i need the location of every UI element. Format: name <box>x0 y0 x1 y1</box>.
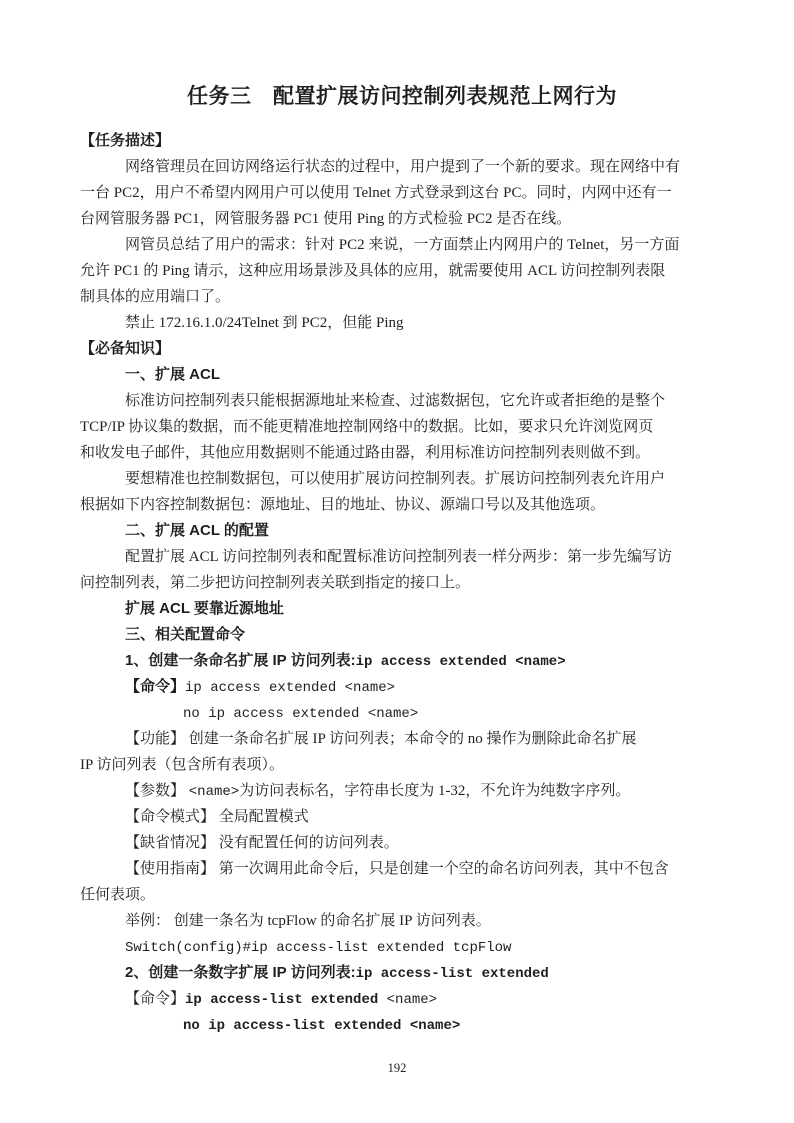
text-segment: no ip access-list extended <name> <box>183 1018 460 1034</box>
document-lines: 【任务描述】网络管理员在回访网络运行状态的过程中，用户提到了一个新的要求。现在网… <box>80 128 724 1038</box>
text-line: 根据如下内容控制数据包：源地址、目的地址、协议、源端口号以及其他选项。 <box>80 492 724 518</box>
text-segment: 扩展 ACL 要靠近源地址 <box>125 600 284 617</box>
text-line: Switch(config)#ip access-list extended t… <box>80 934 724 960</box>
text-line: 【使用指南】 第一次调用此命令后，只是创建一个空的命名访问列表，其中不包含 <box>80 856 724 882</box>
text-line: 三、相关配置命令 <box>80 622 724 648</box>
text-line: 允许 PC1 的 Ping 请示，这种应用场景涉及具体的应用，就需要使用 ACL… <box>80 258 724 284</box>
document-page: 任务三 配置扩展访问控制列表规范上网行为 【任务描述】网络管理员在回访网络运行状… <box>0 0 794 1123</box>
text-segment: 2、创建一条数字扩展 IP 访问列表: <box>125 964 356 981</box>
text-segment: 为访问表标名，字符串长度为 1-32，不允许为纯数字序列。 <box>239 783 630 799</box>
text-line: no ip access extended <name> <box>80 700 724 726</box>
text-line: TCP/IP 协议集的数据，而不能更精准地控制网络中的数据。比如，要求只允许浏览… <box>80 414 724 440</box>
text-segment: 标准访问控制列表只能根据源地址来检查、过滤数据包，它允许或者拒绝的是整个 <box>125 393 665 409</box>
text-line: 标准访问控制列表只能根据源地址来检查、过滤数据包，它允许或者拒绝的是整个 <box>80 388 724 414</box>
text-segment: 三、相关配置命令 <box>125 626 245 643</box>
text-line: 网管员总结了用户的需求：针对 PC2 来说，一方面禁止内网用户的 Telnet，… <box>80 232 724 258</box>
text-segment: 举例： 创建一条名为 tcpFlow 的命名扩展 IP 访问列表。 <box>125 913 491 929</box>
text-segment: 根据如下内容控制数据包：源地址、目的地址、协议、源端口号以及其他选项。 <box>80 497 605 513</box>
text-segment: 【使用指南】 第一次调用此命令后，只是创建一个空的命名访问列表，其中不包含 <box>125 861 669 877</box>
text-segment: Switch(config)#ip access-list extended t… <box>125 940 511 956</box>
text-segment: 允许 PC1 的 Ping 请示，这种应用场景涉及具体的应用，就需要使用 ACL… <box>80 263 665 279</box>
text-segment: 【缺省情况】 没有配置任何的访问列表。 <box>125 835 399 851</box>
text-segment: 任何表项。 <box>80 887 155 903</box>
text-segment: 台网管服务器 PC1，网管服务器 PC1 使用 Ping 的方式检验 PC2 是… <box>80 211 571 227</box>
text-segment: 【必备知识】 <box>80 340 170 357</box>
text-line: 【命令】ip access-list extended <name> <box>80 986 724 1012</box>
text-segment: 网管员总结了用户的需求：针对 PC2 来说，一方面禁止内网用户的 Telnet，… <box>125 237 679 253</box>
document-content: 任务三 配置扩展访问控制列表规范上网行为 【任务描述】网络管理员在回访网络运行状… <box>0 0 794 1038</box>
text-line: 问控制列表，第二步把访问控制列表关联到指定的接口上。 <box>80 570 724 596</box>
text-segment: 【命令模式】 全局配置模式 <box>125 809 309 825</box>
text-segment: ip access extended <name> <box>356 654 566 670</box>
text-segment: no ip access extended <name> <box>183 706 418 722</box>
text-line: 【任务描述】 <box>80 128 724 154</box>
text-segment: ip access-list extended <box>185 992 378 1008</box>
text-line: 任何表项。 <box>80 882 724 908</box>
text-line: 禁止 172.16.1.0/24Telnet 到 PC2，但能 Ping <box>80 310 724 336</box>
text-line: 【必备知识】 <box>80 336 724 362</box>
text-segment: 网络管理员在回访网络运行状态的过程中，用户提到了一个新的要求。现在网络中有 <box>125 159 680 175</box>
text-segment: 和收发电子邮件，其他应用数据则不能通过路由器，利用标准访问控制列表则做不到。 <box>80 445 650 461</box>
text-segment: 禁止 172.16.1.0/24Telnet 到 PC2，但能 Ping <box>125 315 404 331</box>
text-line: 和收发电子邮件，其他应用数据则不能通过路由器，利用标准访问控制列表则做不到。 <box>80 440 724 466</box>
text-segment: ip access extended <name> <box>185 680 395 696</box>
text-line: 要想精准也控制数据包，可以使用扩展访问控制列表。扩展访问控制列表允许用户 <box>80 466 724 492</box>
text-segment: <name> <box>189 784 239 800</box>
text-line: 【命令】ip access extended <name> <box>80 674 724 700</box>
text-line: 【缺省情况】 没有配置任何的访问列表。 <box>80 830 724 856</box>
text-line: 【命令模式】 全局配置模式 <box>80 804 724 830</box>
text-line: 二、扩展 ACL 的配置 <box>80 518 724 544</box>
text-segment: 要想精准也控制数据包，可以使用扩展访问控制列表。扩展访问控制列表允许用户 <box>125 471 665 487</box>
text-line: 1、创建一条命名扩展 IP 访问列表:ip access extended <n… <box>80 648 724 674</box>
text-line: 扩展 ACL 要靠近源地址 <box>80 596 724 622</box>
text-segment: ip access-list extended <box>356 966 549 982</box>
text-segment: 制具体的应用端口了。 <box>80 289 230 305</box>
text-line: 制具体的应用端口了。 <box>80 284 724 310</box>
text-line: 配置扩展 ACL 访问控制列表和配置标准访问控制列表一样分两步：第一步先编写访 <box>80 544 724 570</box>
text-line: 举例： 创建一条名为 tcpFlow 的命名扩展 IP 访问列表。 <box>80 908 724 934</box>
text-line: 一台 PC2，用户不希望内网用户可以使用 Telnet 方式登录到这台 PC。同… <box>80 180 724 206</box>
text-line: 网络管理员在回访网络运行状态的过程中，用户提到了一个新的要求。现在网络中有 <box>80 154 724 180</box>
text-line: no ip access-list extended <name> <box>80 1012 724 1038</box>
text-line: 2、创建一条数字扩展 IP 访问列表:ip access-list extend… <box>80 960 724 986</box>
text-segment: 【命令】 <box>125 991 185 1007</box>
text-segment: TCP/IP 协议集的数据，而不能更精准地控制网络中的数据。比如，要求只允许浏览… <box>80 419 653 435</box>
text-line: 【参数】 <name>为访问表标名，字符串长度为 1-32，不允许为纯数字序列。 <box>80 778 724 804</box>
text-segment: 配置扩展 ACL 访问控制列表和配置标准访问控制列表一样分两步：第一步先编写访 <box>125 549 672 565</box>
text-segment: 【任务描述】 <box>80 132 170 149</box>
text-segment: 问控制列表，第二步把访问控制列表关联到指定的接口上。 <box>80 575 470 591</box>
text-line: 【功能】 创建一条命名扩展 IP 访问列表；本命令的 no 操作为删除此命名扩展 <box>80 726 724 752</box>
text-segment: 【命令】 <box>125 678 185 695</box>
text-segment: 【功能】 创建一条命名扩展 IP 访问列表；本命令的 no 操作为删除此命名扩展 <box>125 731 637 747</box>
text-line: IP 访问列表（包含所有表项）。 <box>80 752 724 778</box>
text-segment: IP 访问列表（包含所有表项）。 <box>80 757 284 773</box>
text-segment: <name> <box>378 992 437 1008</box>
text-segment: 一台 PC2，用户不希望内网用户可以使用 Telnet 方式登录到这台 PC。同… <box>80 185 671 201</box>
text-line: 一、扩展 ACL <box>80 362 724 388</box>
text-segment: 1、创建一条命名扩展 IP 访问列表: <box>125 652 356 669</box>
text-segment: 二、扩展 ACL 的配置 <box>125 522 269 539</box>
page-title: 任务三 配置扩展访问控制列表规范上网行为 <box>80 84 724 110</box>
text-segment: 【参数】 <box>125 783 189 799</box>
text-segment: 一、扩展 ACL <box>125 366 220 383</box>
page-number: 192 <box>0 1058 794 1078</box>
text-line: 台网管服务器 PC1，网管服务器 PC1 使用 Ping 的方式检验 PC2 是… <box>80 206 724 232</box>
